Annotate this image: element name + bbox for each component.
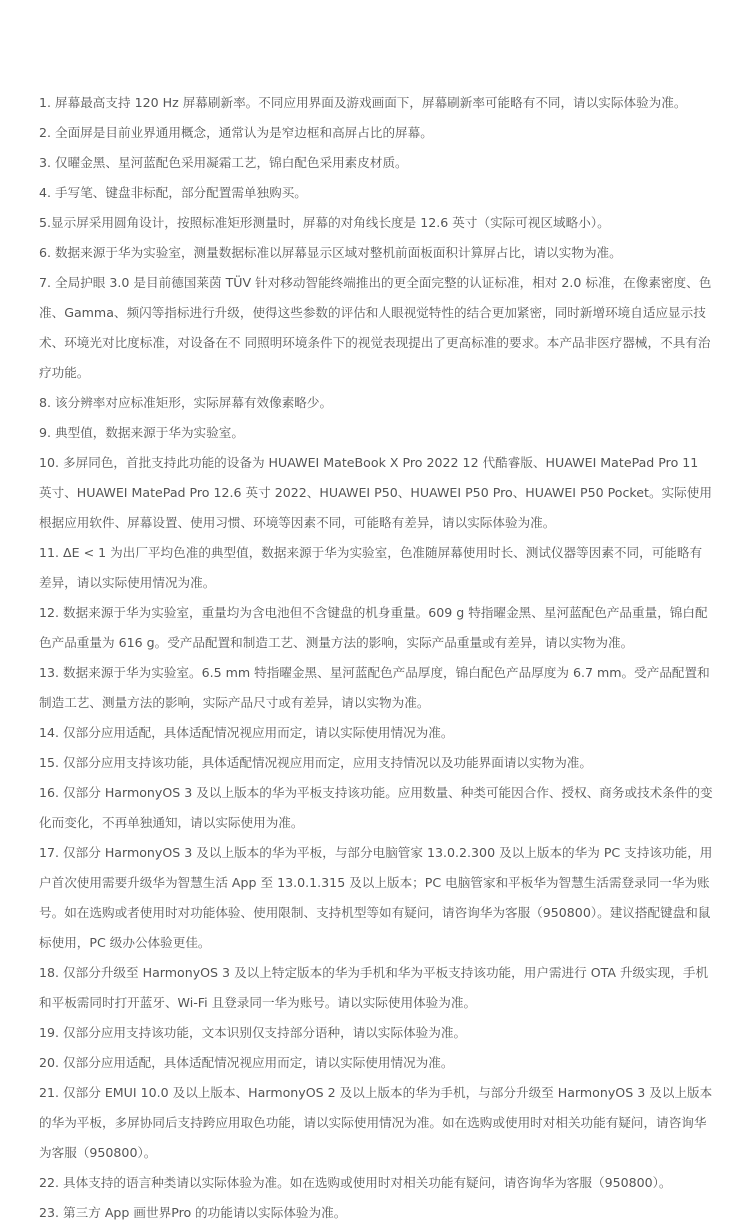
footnote-22: 22. 具体支持的语言种类请以实际体验为准。如在选购或使用时对相关功能有疑问，请…	[39, 1168, 713, 1198]
footnote-23: 23. 第三方 App 画世界Pro 的功能请以实际体验为准。	[39, 1198, 713, 1228]
footnote-13: 13. 数据来源于华为实验室。6.5 mm 特指曜金黑、星河蓝配色产品厚度，锦白…	[39, 658, 713, 718]
footnote-9: 9. 典型值，数据来源于华为实验室。	[39, 418, 713, 448]
footnote-5: 5.显示屏采用圆角设计，按照标准矩形测量时，屏幕的对角线长度是 12.6 英寸（…	[39, 208, 713, 238]
footnote-20: 20. 仅部分应用适配，具体适配情况视应用而定，请以实际使用情况为准。	[39, 1048, 713, 1078]
footnote-10: 10. 多屏同色，首批支持此功能的设备为 HUAWEI MateBook X P…	[39, 448, 713, 538]
footnotes-list: 1. 屏幕最高支持 120 Hz 屏幕刷新率。不同应用界面及游戏画面下，屏幕刷新…	[39, 88, 713, 1228]
footnote-16: 16. 仅部分 HarmonyOS 3 及以上版本的华为平板支持该功能。应用数量…	[39, 778, 713, 838]
footnote-7: 7. 全局护眼 3.0 是目前德国莱茵 TÜV 针对移动智能终端推出的更全面完整…	[39, 268, 713, 388]
footnote-18: 18. 仅部分升级至 HarmonyOS 3 及以上特定版本的华为手机和华为平板…	[39, 958, 713, 1018]
footnote-4: 4. 手写笔、键盘非标配，部分配置需单独购买。	[39, 178, 713, 208]
footnote-21: 21. 仅部分 EMUI 10.0 及以上版本、HarmonyOS 2 及以上版…	[39, 1078, 713, 1168]
footnote-11: 11. ΔE < 1 为出厂平均色准的典型值，数据来源于华为实验室，色准随屏幕使…	[39, 538, 713, 598]
footnote-19: 19. 仅部分应用支持该功能，文本识别仅支持部分语种，请以实际体验为准。	[39, 1018, 713, 1048]
footnote-6: 6. 数据来源于华为实验室，测量数据标准以屏幕显示区域对整机前面板面积计算屏占比…	[39, 238, 713, 268]
footnote-8: 8. 该分辨率对应标准矩形，实际屏幕有效像素略少。	[39, 388, 713, 418]
footnote-2: 2. 全面屏是目前业界通用概念，通常认为是窄边框和高屏占比的屏幕。	[39, 118, 713, 148]
footnote-15: 15. 仅部分应用支持该功能，具体适配情况视应用而定，应用支持情况以及功能界面请…	[39, 748, 713, 778]
footnote-3: 3. 仅曜金黑、星河蓝配色采用凝霜工艺，锦白配色采用素皮材质。	[39, 148, 713, 178]
footnote-12: 12. 数据来源于华为实验室，重量均为含电池但不含键盘的机身重量。609 g 特…	[39, 598, 713, 658]
footnote-1: 1. 屏幕最高支持 120 Hz 屏幕刷新率。不同应用界面及游戏画面下，屏幕刷新…	[39, 88, 713, 118]
footnote-14: 14. 仅部分应用适配，具体适配情况视应用而定，请以实际使用情况为准。	[39, 718, 713, 748]
footnote-17: 17. 仅部分 HarmonyOS 3 及以上版本的华为平板，与部分电脑管家 1…	[39, 838, 713, 958]
